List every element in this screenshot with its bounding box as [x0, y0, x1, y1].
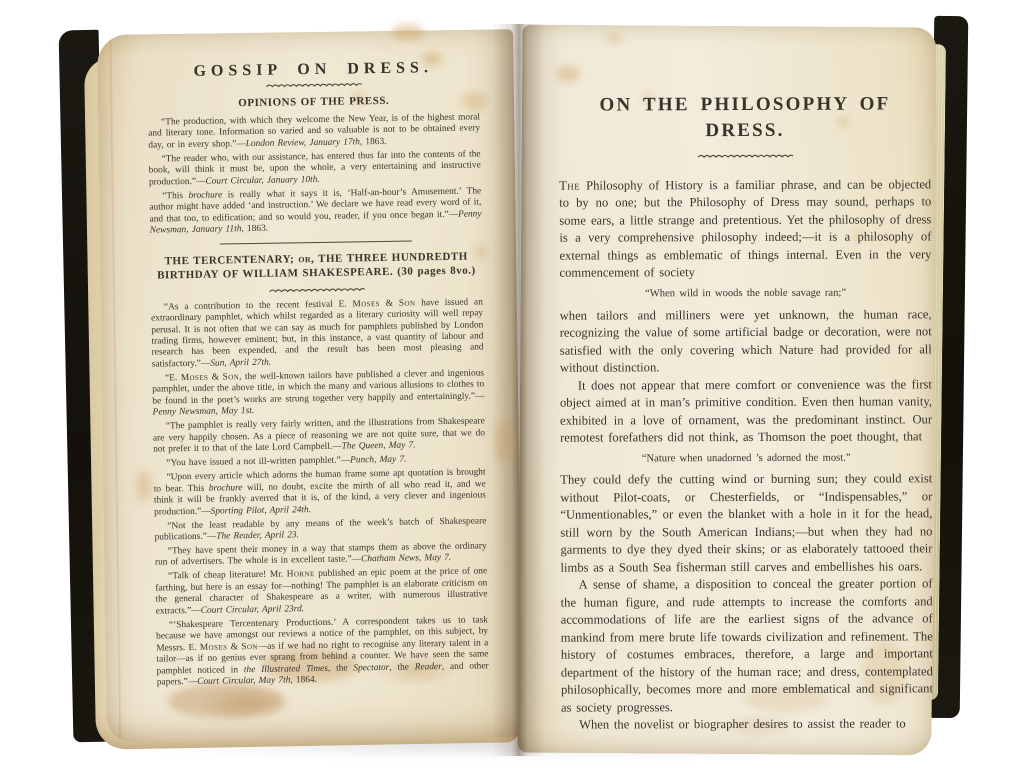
- squiggle-icon: [265, 81, 361, 91]
- text-para: “‘Shakespeare Tercentenary Productions.’…: [156, 615, 489, 689]
- text-para: “Talk of cheap literature! Mr. Horne pub…: [155, 567, 488, 618]
- text-heading: OPINIONS OF THE PRESS.: [148, 92, 480, 112]
- text-para: The Philosophy of History is a familiar …: [559, 176, 931, 282]
- text-title: ON THE PHILOSOPHY OF DRESS.: [559, 91, 931, 145]
- squiggle-divider: [559, 152, 931, 161]
- section-rule: [220, 240, 413, 245]
- text-para: “The pamphlet is really very fairly writ…: [153, 417, 485, 457]
- text-para: They could defy the cutting wind or burn…: [560, 471, 932, 577]
- text-para: When the novelist or biographer desires …: [561, 716, 933, 735]
- squiggle-icon: [697, 153, 793, 161]
- text-para: “Not the least readable by any means of …: [154, 516, 486, 544]
- text-para: “This brochure is really what it says it…: [149, 186, 482, 237]
- text-para: “The reader who, with our assistance, ha…: [149, 149, 481, 189]
- squiggle-icon: [269, 286, 365, 296]
- book-photo: GOSSIP ON DRESS.OPINIONS OF THE PRESS.“T…: [0, 0, 1024, 768]
- text-para: “They have spent their money in a way th…: [155, 541, 487, 569]
- text-para: It does not appear that mere comfort or …: [560, 376, 932, 447]
- text-para: when tailors and milliners were yet unkn…: [560, 306, 932, 377]
- text-verse: “Nature when unadorned ’s adorned the mo…: [560, 451, 932, 467]
- text-title: GOSSIP ON DRESS.: [147, 57, 479, 82]
- right-page-text: ON THE PHILOSOPHY OF DRESS.The Philosoph…: [559, 91, 933, 734]
- text-heading: THE TERCENTENARY; or, THE THREE HUNDREDT…: [150, 249, 482, 283]
- text-para: “As a contribution to the recent festiva…: [151, 297, 484, 371]
- text-para: “The production, with which they welcome…: [148, 112, 480, 152]
- text-para: A sense of shame, a disposition to conce…: [561, 576, 933, 717]
- text-para: “Upon every article which adorns the hum…: [154, 468, 487, 519]
- text-para: “E. Moses & Son, the well-known tailors …: [152, 368, 485, 419]
- left-page-text: GOSSIP ON DRESS.OPINIONS OF THE PRESS.“T…: [147, 57, 489, 691]
- squiggle-divider: [151, 284, 483, 297]
- text-verse: “When wild in woods the noble savage ran…: [560, 286, 932, 302]
